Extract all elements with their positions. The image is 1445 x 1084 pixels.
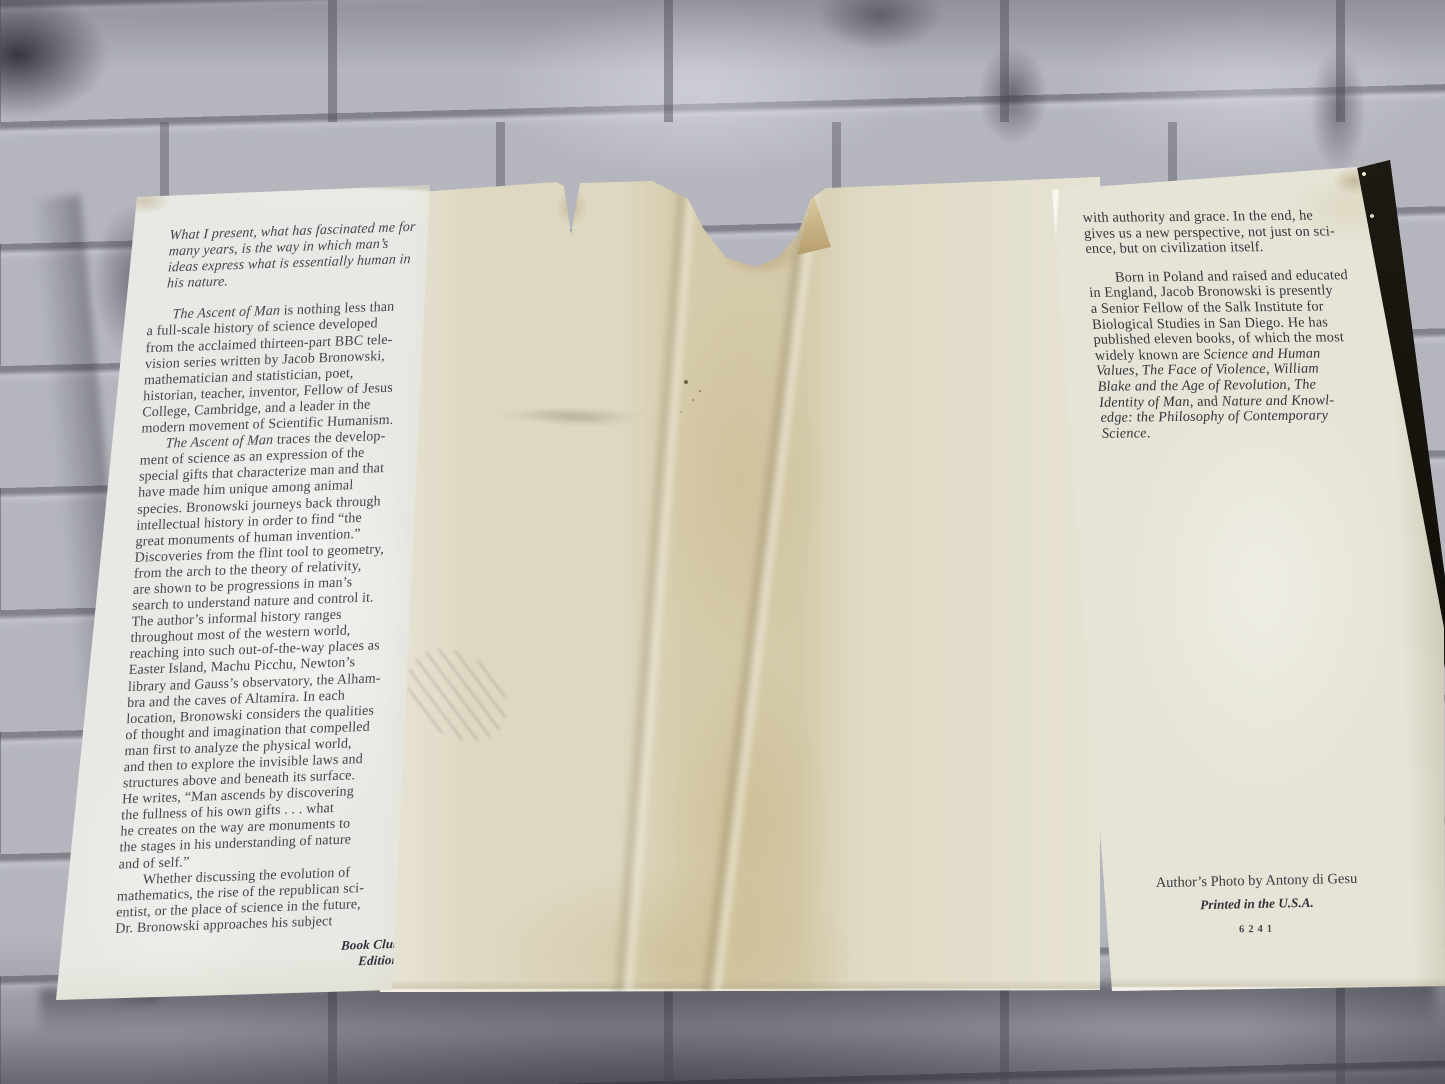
stock-number: 6241 (1092, 921, 1422, 939)
flap-paragraph: with authority and grace. In the end, he… (1082, 208, 1386, 258)
spine-fold-crease (698, 173, 825, 998)
book-title-italic: The Face of Violence (1141, 361, 1266, 378)
flap-paragraph: Whether discussing the evolution of math… (115, 863, 424, 938)
back-flap-text: with authority and grace. In the end, he… (1082, 208, 1403, 442)
flap-paragraph: The Ascent of Man traces the develop- me… (118, 427, 447, 873)
text-segment: . (1146, 425, 1151, 441)
author-quote: What I present, what has fascinated me f… (167, 218, 458, 293)
book-club-edition-imprint: Book Club Edition (113, 936, 400, 977)
author-bio-paragraph: Born in Poland and raised and educated i… (1087, 268, 1402, 443)
jacket-center-panel (380, 177, 1100, 993)
pencil-scribble (389, 630, 525, 761)
publisher-credits: Author’s Photo by Antony di Gesu Printed… (1091, 870, 1422, 939)
printed-in-usa-line: Printed in the U.S.A. (1092, 893, 1422, 916)
flap-paragraph: The Ascent of Man is nothing less than a… (141, 298, 454, 438)
spine-fold-crease (610, 171, 701, 998)
paper-specks (684, 380, 688, 384)
book-jacket-photo: What I present, what has fascinated me f… (0, 0, 1445, 1084)
text-segment: traces the develop- ment of science as a… (118, 429, 386, 872)
photo-credit-line: Author’s Photo by Antony di Gesu (1091, 870, 1421, 894)
smudge-streak (497, 401, 658, 435)
text-segment: , and (1189, 393, 1223, 409)
